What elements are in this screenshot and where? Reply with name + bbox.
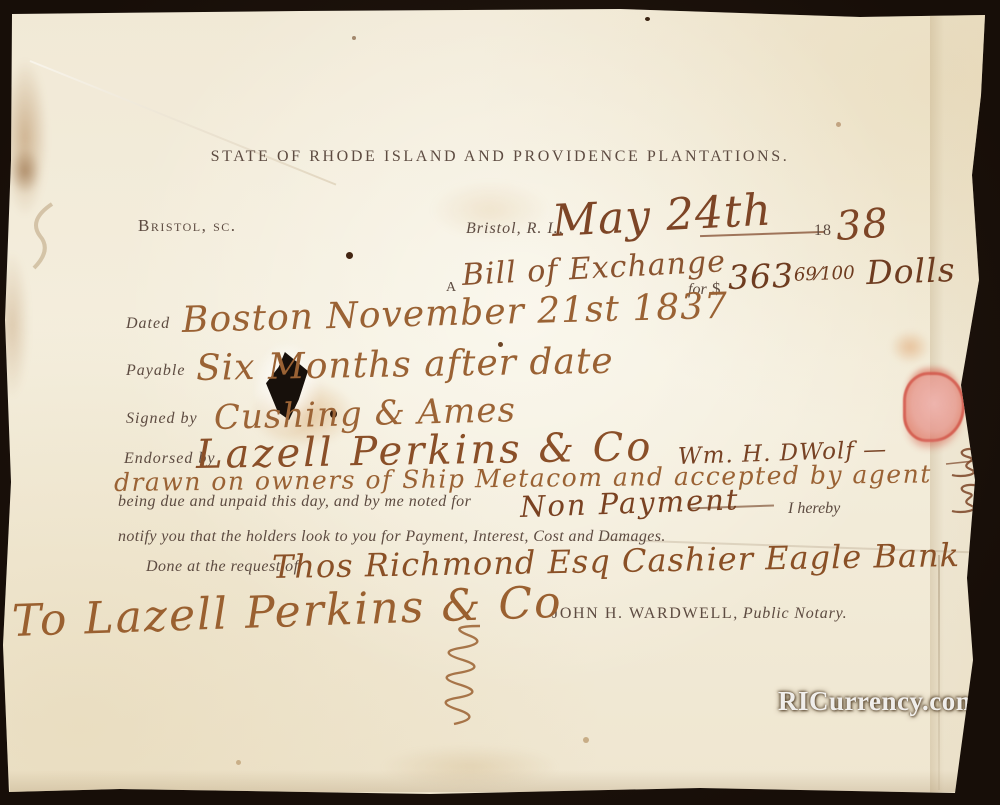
payable-label: Payable: [126, 362, 185, 380]
stain-bottom-center: [380, 745, 560, 789]
fold-line-right-lower: [938, 555, 940, 790]
edge-flourish: [944, 444, 988, 528]
amount-dollars: 363: [727, 256, 794, 297]
crease-diagonal-topleft: [30, 60, 337, 185]
ink-speck: [352, 36, 356, 40]
i-hereby: I hereby: [788, 500, 840, 518]
ink-speck: [645, 17, 650, 21]
notary-line: JOHN H. WARDWELL, Public Notary.: [552, 605, 847, 623]
nonpayment-value-handwritten: Non Payment: [519, 482, 740, 524]
dateline-place: Bristol, R. I.,: [466, 220, 564, 238]
dateline-date-handwritten: May 24th: [551, 185, 774, 247]
year-handwritten: 38: [834, 200, 890, 250]
dated-label: Dated: [126, 315, 170, 333]
payable-value-handwritten: Six Months after date: [196, 341, 614, 389]
document-title: STATE OF RHODE ISLAND AND PROVIDENCE PLA…: [205, 148, 795, 166]
notary-name: JOHN H. WARDWELL,: [552, 605, 739, 622]
dated-value-handwritten: Boston November 21st 1837: [181, 286, 728, 341]
ink-speck: [836, 122, 841, 127]
amount-fraction: 69⁄100: [794, 263, 855, 286]
ink-speck: [583, 737, 589, 743]
county-label: Bristol, sc.: [138, 216, 237, 236]
ink-speck: [346, 252, 353, 259]
signed-by-label: Signed by: [126, 410, 198, 428]
stain-left-top-edge: [2, 58, 48, 218]
stain-left-edge-spot: [10, 148, 40, 194]
noted-line: being due and unpaid this day, and by me…: [118, 493, 471, 511]
watermark: RICurrency.com: [778, 686, 979, 717]
document-paper-sheet: STATE OF RHODE ISLAND AND PROVIDENCE PLA…: [0, 0, 1000, 805]
bill-amount-handwritten: 36369⁄100 Dolls: [727, 250, 956, 297]
wax-seal: [903, 372, 965, 442]
notary-title: Public Notary.: [743, 605, 848, 622]
ink-speck: [236, 760, 241, 765]
amount-unit: Dolls: [865, 250, 956, 292]
year-printed: 18: [814, 222, 832, 240]
bill-instrument-handwritten: Bill of Exchange: [461, 244, 727, 293]
coil-flourish: [436, 622, 488, 730]
stain-right-edge-orange: [890, 330, 930, 364]
faint-pencil-mark: [20, 198, 66, 276]
